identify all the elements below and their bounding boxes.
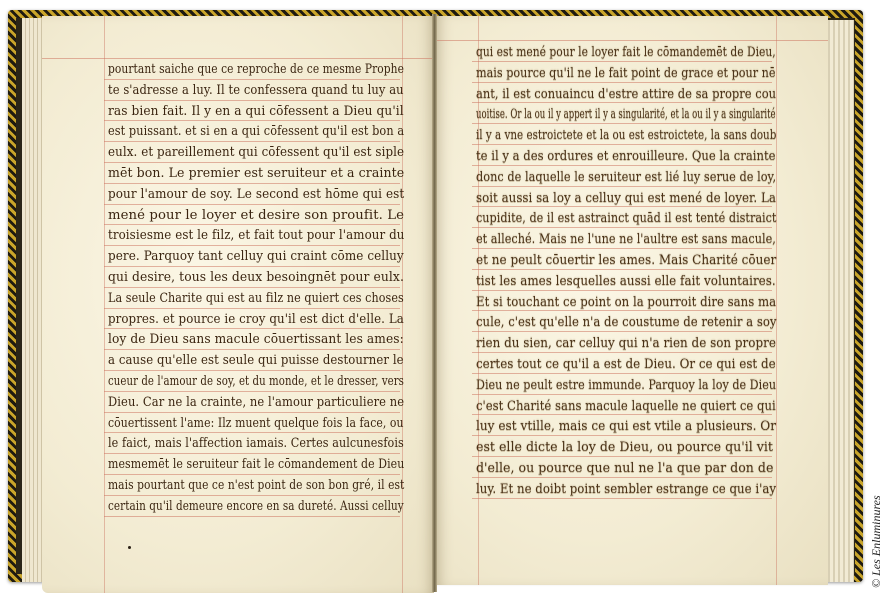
manuscript-line: propres. et pource ie croy qu'il est dic… [108, 310, 404, 330]
left-page-text: pourtant saiche que ce reproche de ce me… [108, 60, 408, 520]
left-page: pourtant saiche que ce reproche de ce me… [42, 16, 434, 593]
manuscript-line: luy est vtille, mais ce qui est vtile a … [476, 416, 776, 436]
ink-spot [128, 546, 131, 549]
manuscript-line: et ne peult cōuertir les ames. Mais Char… [476, 250, 776, 270]
manuscript-line: mené pour le loyer et desire son proufit… [108, 206, 404, 226]
manuscript-line: qui desire, tous les deux besoingnēt pou… [108, 268, 404, 288]
manuscript-line: donc de laquelle le seruiteur est lié lu… [476, 167, 776, 187]
manuscript-line: pere. Parquoy tant celluy qui craint cōm… [108, 247, 404, 267]
manuscript-line: La seule Charite qui est au filz ne quie… [108, 289, 404, 309]
copyright-credit: © Les Enluminures [869, 495, 884, 588]
manuscript-photo: pourtant saiche que ce reproche de ce me… [0, 0, 891, 600]
manuscript-line: tist les ames lesquelles aussi elle fait… [476, 271, 776, 291]
ruling-top [436, 40, 828, 41]
page-edges-right [828, 20, 854, 582]
manuscript-line: ras bien fait. Il y en a qui cōfessent a… [108, 102, 404, 122]
manuscript-line: cueur de l'amour de soy, et du monde, et… [108, 372, 404, 392]
manuscript-line: est puissant. et si en a qui cōfessent q… [108, 122, 404, 142]
manuscript-line: Et si touchant ce point on la pourroit d… [476, 292, 776, 312]
right-page-text: qui est mené pour le loyer fait le cōman… [476, 42, 786, 502]
manuscript-line: certes tout ce qu'il a est de Dieu. Or c… [476, 354, 776, 374]
manuscript-line: loy de Dieu sans macule cōuertissant les… [108, 330, 404, 350]
manuscript-line: te il y a des ordures et enrouilleure. Q… [476, 146, 776, 166]
manuscript-line: Dieu ne peult estre immunde. Parquoy la … [476, 375, 776, 395]
ruling-top [42, 58, 434, 59]
manuscript-line: pourtant saiche que ce reproche de ce me… [108, 60, 404, 80]
manuscript-line: cōuertissent l'ame: Ilz muent quelque fo… [108, 414, 404, 434]
manuscript-line: mais pourtant que ce n'est point de son … [108, 476, 404, 496]
right-page: qui est mené pour le loyer fait le cōman… [436, 16, 828, 585]
manuscript-line: te s'adresse a luy. Il te confessera qua… [108, 81, 404, 101]
manuscript-line: d'elle, ou pource que nul ne l'a que par… [476, 458, 773, 478]
manuscript-line: qui est mené pour le loyer fait le cōman… [476, 42, 776, 62]
manuscript-line: et alleché. Mais ne l'une ne l'aultre es… [476, 229, 776, 249]
manuscript-line: pour l'amour de soy. Le second est hōme … [108, 185, 404, 205]
manuscript-line: cupidite, de il est astrainct quād il es… [476, 208, 776, 228]
manuscript-line: ant, il est conuaincu d'estre attire de … [476, 84, 776, 104]
manuscript-line: cule, c'est qu'elle n'a de coustume de r… [476, 312, 777, 332]
manuscript-line: uoitise. Or la ou il y appert il y a sin… [476, 104, 776, 124]
ruling-margin-left [104, 16, 105, 593]
manuscript-line: mesmemēt le seruiteur fait le cōmandemen… [108, 455, 404, 475]
manuscript-line: c'est Charité sans macule laquelle ne qu… [476, 396, 776, 416]
manuscript-line: certain qu'il demeure encore en sa duret… [108, 497, 404, 517]
book-gutter [432, 14, 437, 592]
manuscript-line: mēt bon. Le premier est seruiteur et a c… [108, 164, 404, 184]
manuscript-line: eulx. et pareillement qui cōfessent qu'i… [108, 143, 404, 163]
manuscript-line: est elle dicte la loy de Dieu, ou pource… [476, 437, 773, 457]
manuscript-line: rien du sien, car celluy qui n'a rien de… [476, 333, 776, 353]
manuscript-line: le faict, mais l'affection iamais. Certe… [108, 434, 404, 454]
manuscript-line: troisiesme est le filz, et fait tout pou… [108, 226, 404, 246]
manuscript-line: a cause qu'elle est seule qui puisse des… [108, 351, 404, 371]
manuscript-line: il y a vne estroictete et la ou est estr… [476, 125, 776, 145]
manuscript-line: mais pource qu'il ne le fait point de gr… [476, 63, 776, 83]
manuscript-line: soit aussi sa loy a celluy qui est mené … [476, 188, 776, 208]
manuscript-line: luy. Et ne doibt point sembler estrange … [476, 479, 776, 499]
manuscript-line: Dieu. Car ne la crainte, ne l'amour part… [108, 393, 404, 413]
